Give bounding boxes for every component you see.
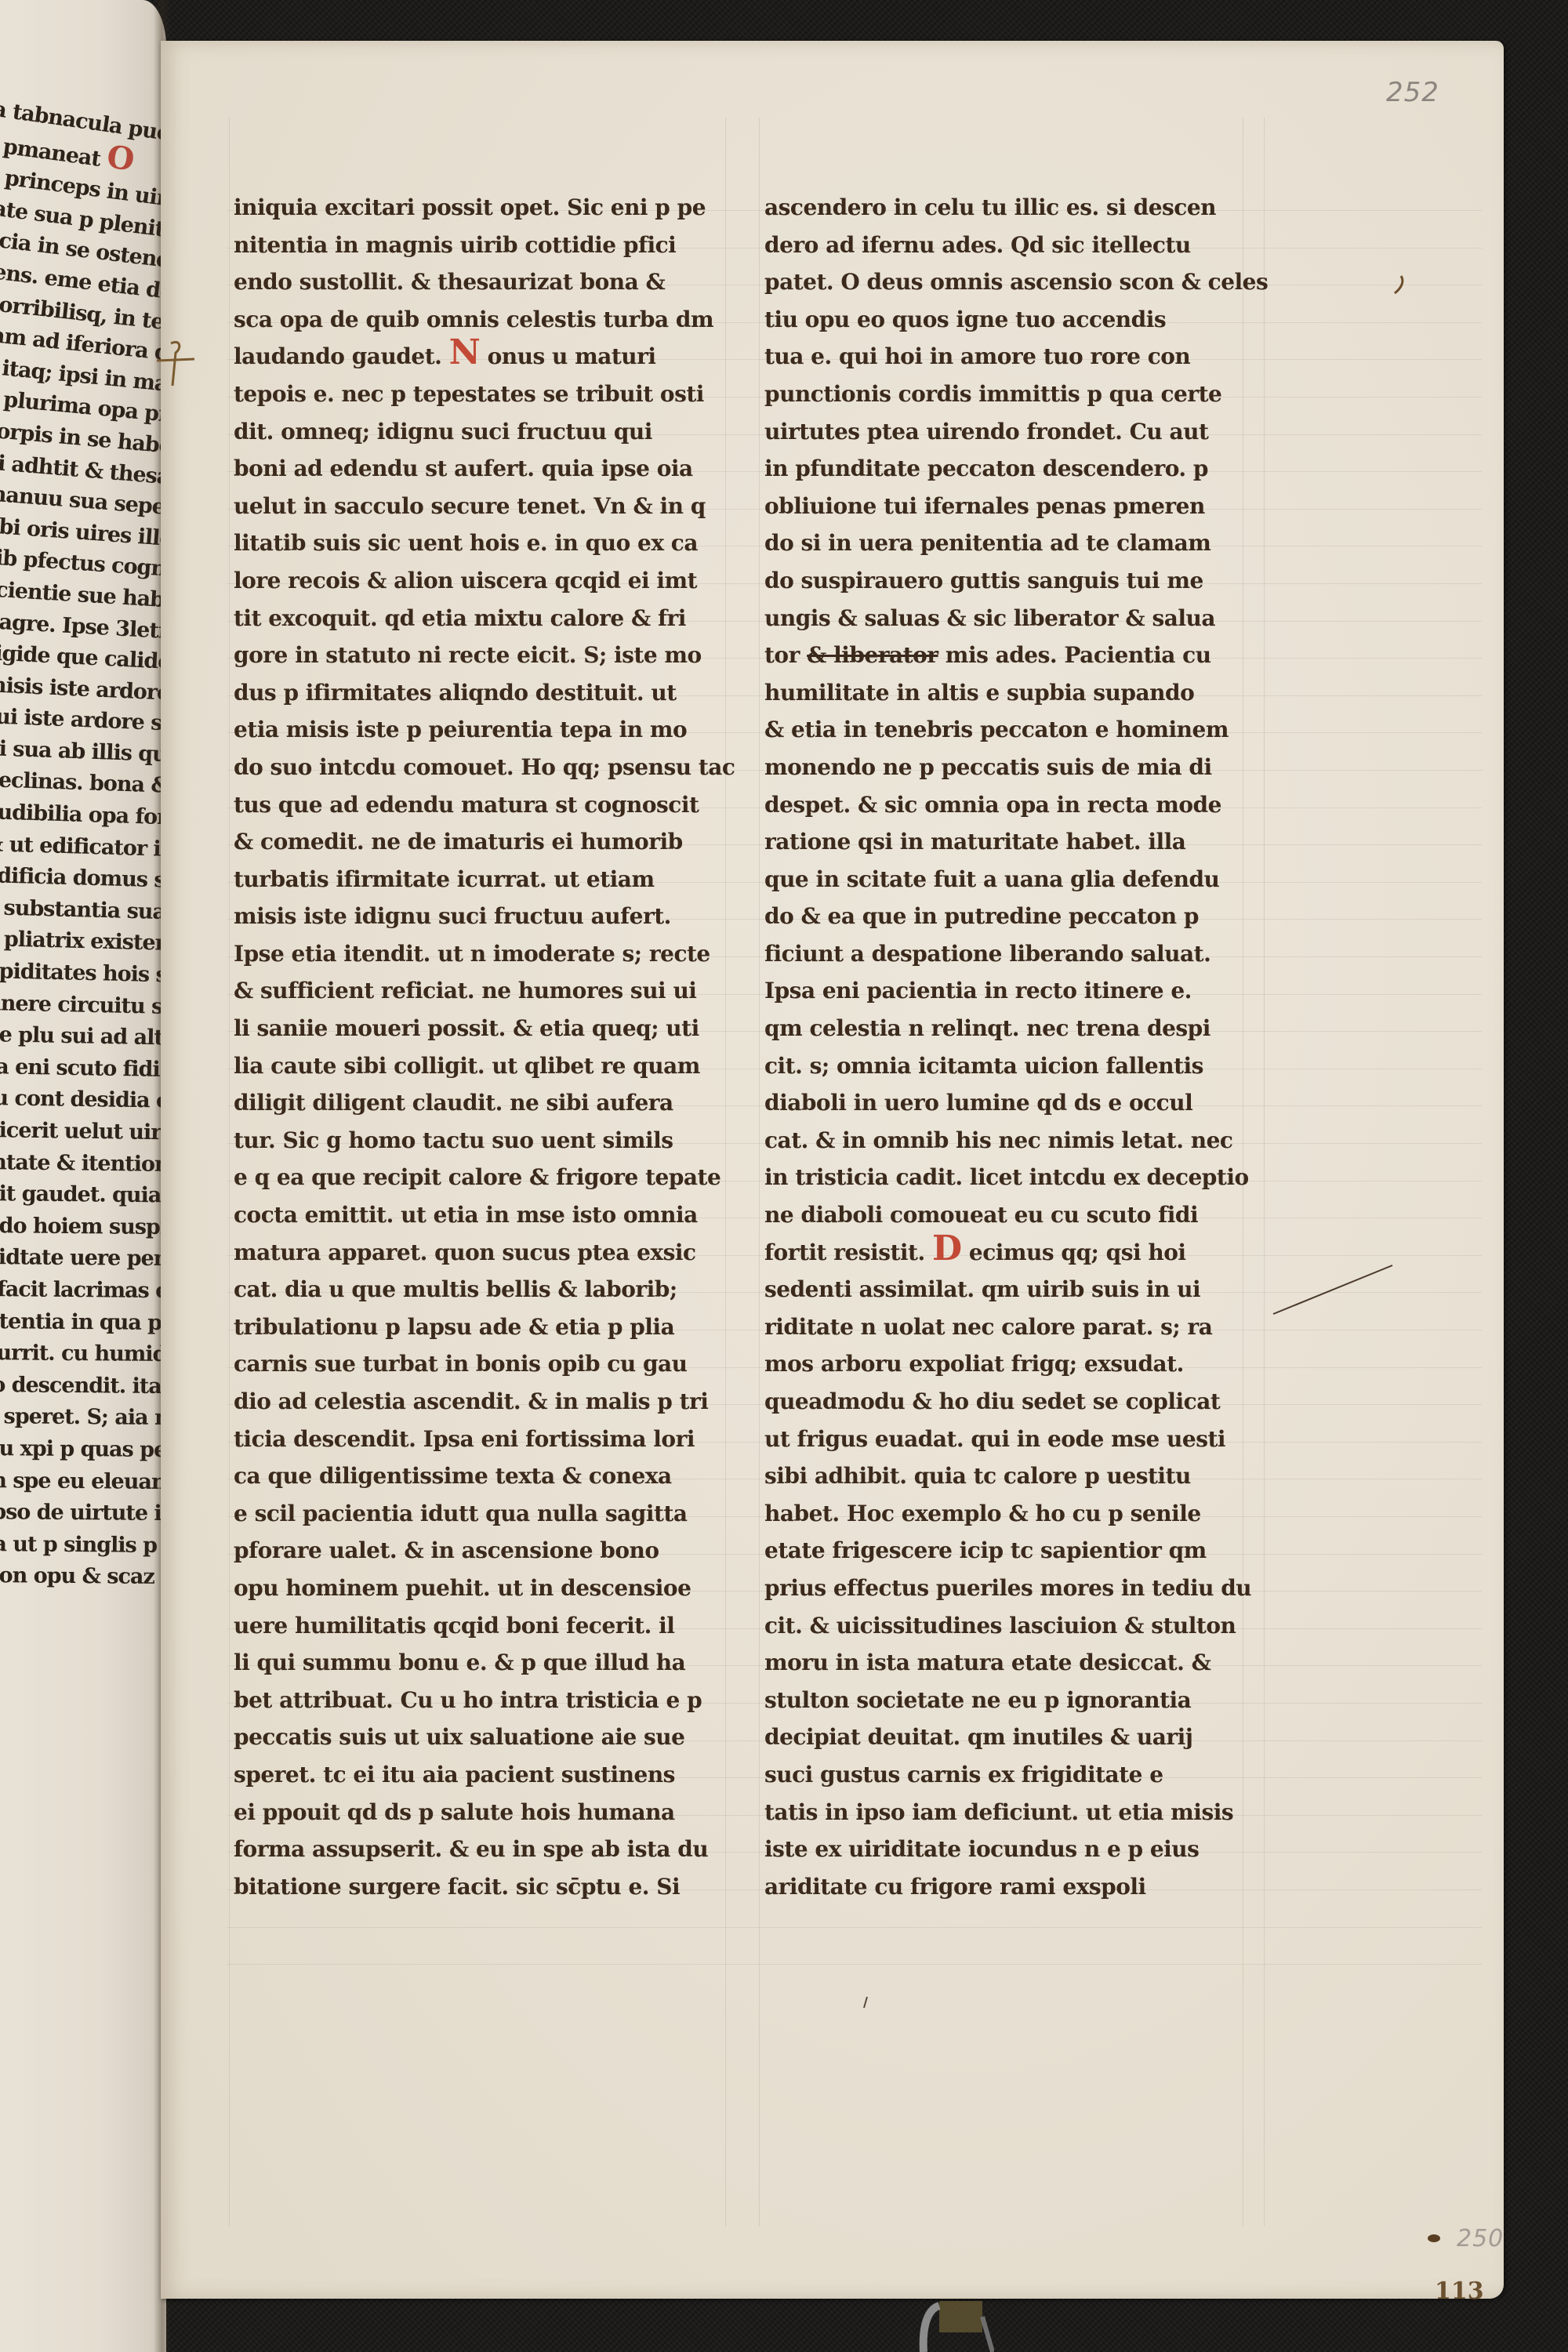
text-span: in pfunditate peccaton descendero. p [764,456,1208,481]
text-span: li qui summu bonu e. & p que illud ha [234,1650,685,1675]
text-span: ecimus qq; qsi hoi [962,1240,1186,1265]
text-span: ne diaboli comoueat eu cu scuto fidi [764,1202,1198,1228]
left-text-line: ndo hoiem suspirare fac [0,1210,166,1244]
left-text-line: a pliatrix existens. desid [0,924,166,960]
struck-text: & liberator [807,642,938,668]
rubric-initial: D [932,1229,962,1269]
text-line: iste ex uiriditate iocundus n e p eius [764,1831,1266,1868]
marginal-dot-icon [861,1995,870,2011]
text-span: uelut in sacculo secure tenet. Vn & in q [234,493,706,519]
text-span: ut frigus euadat. qui in eode mse uesti [764,1426,1225,1452]
text-line: endo sustollit. & thesaurizat bona & [234,263,720,301]
left-text-line: & ut edificator in potest [0,829,166,866]
text-line: bet attribuat. Cu u ho intra tristicia e… [234,1682,720,1719]
text-line: tiu opu eo quos igne tuo accendis [764,301,1266,339]
text-span: sedenti assimilat. qm uirib suis in ui [764,1276,1200,1302]
text-span: peccatis suis ut uix saluatione aie sue [234,1724,684,1750]
text-span: & etia in tenebris peccaton e hominem [764,717,1229,742]
left-text-line: utentia in qua plurime [0,1306,166,1340]
text-span: diaboli in uero lumine qd ds e occul [764,1090,1192,1116]
text-line: tus que ad edendu matura st cognoscit [234,786,720,824]
left-text-line: ne plu sui ad altissimi [0,1019,166,1054]
text-span: in tristicia cadit. licet intcdu ex dece… [764,1164,1249,1190]
text-line: li saniie moueri possit. & etia queq; ut… [234,1010,720,1047]
text-line: Ipse etia itendit. ut n imoderate s; rec… [234,935,720,973]
text-line: & sufficient reficiat. ne humores sui ui [234,972,720,1010]
text-line: suci gustus carnis ex frigiditate e [764,1756,1266,1794]
text-line: prius effectus pueriles mores in tediu d… [764,1570,1266,1607]
text-span: & sufficient reficiat. ne humores sui ui [234,978,696,1004]
text-span: despet. & sic omnia opa in recta mode [764,792,1221,818]
text-line: cit. & uicissitudines lasciuion & stulto… [764,1607,1266,1645]
text-span: Ipse etia itendit. ut n imoderate s; rec… [234,941,710,967]
text-line: misis iste idignu suci fructuu aufert. [234,898,720,935]
ruling-vertical-col-a-right [725,118,726,2227]
text-span: pforare ualet. & in ascensione bono [234,1537,659,1563]
text-span: e scil pacientia idutt qua nulla sagitta [234,1501,687,1526]
left-text-line: tu cont desidia carnal [0,1083,166,1117]
text-line: qm celestia n relinqt. nec trena despi [764,1010,1266,1047]
text-span: do suo intcdu comouet. Ho qq; psensu tac [234,754,735,780]
text-line: & etia in tenebris peccaton e hominem [764,711,1266,749]
text-line: do si in uera penitentia ad te clamam [764,524,1266,562]
text-span: diligit diligent claudit. ne sibi aufera [234,1090,673,1116]
text-line: ascendero in celu tu illic es. si descen [764,189,1266,227]
text-line: uirtutes ptea uirendo frondet. Cu aut [764,413,1266,451]
text-span: li saniie moueri possit. & etia queq; ut… [234,1015,699,1041]
text-span: uirtutes ptea uirendo frondet. Cu aut [764,419,1208,445]
text-span: opu hominem puehit. ut in descensioe [234,1575,691,1601]
text-span: tor & liberator mis ades. Pacientia cu [764,642,1211,668]
text-span: sibi adhibit. quia tc calore p uestitu [764,1463,1191,1489]
text-span: ratione qsi in maturitate habet. illa [764,829,1185,855]
left-text-line: uicerit uelut uir plu [0,1115,166,1149]
text-line: mos arboru expoliat frigq; exsudat. [764,1345,1266,1383]
text-line: dio ad celestia ascendit. & in malis p t… [234,1383,720,1421]
text-span: e q ea que recipit calore & frigore tepa… [234,1164,720,1190]
text-line: dus p ifirmitates aliqndo destituit. ut [234,674,720,712]
text-span: cit. s; omnia icitamta uicion fallentis [764,1053,1203,1079]
text-line: opu hominem puehit. ut in descensioe [234,1570,720,1607]
text-line: patet. O deus omnis ascensio scon & cele… [764,263,1266,301]
text-line: do suo intcdu comouet. Ho qq; psensu tac [234,749,720,786]
marginal-tick-icon [1392,274,1410,298]
left-text-line: non opu & scaz uirtuti [0,1560,166,1594]
text-span: queadmodu & ho diu sedet se coplicat [764,1388,1220,1414]
marginal-stroke-icon [1270,1262,1396,1317]
text-span: cat. & in omnib his nec nimis letat. nec [764,1127,1232,1153]
text-span: ungis & saluas & sic liberator & salua [764,605,1215,631]
text-span: habet. Hoc exemplo & ho cu p senile [764,1501,1201,1526]
text-span: iste ex uiriditate iocundus n e p eius [764,1836,1199,1862]
text-line: litatib suis sic uent hois e. in quo ex … [234,524,720,562]
text-span: turbatis ifirmitate icurrat. ut etiam [234,866,655,892]
text-line: tor & liberator mis ades. Pacientia cu [764,637,1266,674]
text-line: sedenti assimilat. qm uirib suis in ui [764,1271,1266,1308]
text-span: tiu opu eo quos igne tuo accendis [764,307,1166,332]
text-line: carnis sue turbat in bonis opib cu gau [234,1345,720,1383]
left-text-line: intate & itentione sua [0,1147,166,1181]
text-line: lore recois & alion uiscera qcqid ei imt [234,562,720,600]
text-line: cat. & in omnib his nec nimis letat. nec [764,1122,1266,1160]
text-line: uelut in sacculo secure tenet. Vn & in q [234,488,720,525]
folio-number-pencil-bottom: 250 [1457,2225,1504,2252]
text-span: do suspirauero guttis sanguis tui me [764,568,1203,593]
text-span: tur. Sic g homo tactu suo uent simils [234,1127,673,1153]
text-span: sca opa de quib omnis celestis turba dm [234,307,713,332]
text-span: que in scitate fuit a uana glia defendu [764,866,1219,892]
folio-number-pencil: 252 [1386,77,1439,108]
text-span: dit. omneq; idignu suci fructuu qui [234,419,652,445]
text-line: forma assupserit. & eu in spe ab ista du [234,1831,720,1868]
ruling-vertical-left [229,118,230,2227]
text-line: cat. dia u que multis bellis & laborib; [234,1271,720,1308]
left-text-line: hu xpi p quas peccata [0,1433,166,1467]
left-text-line: in spe eu eleuando. & ex [0,1465,166,1499]
text-line: ca que diligentissime texta & conexa [234,1457,720,1495]
text-line: li qui summu bonu e. & p que illud ha [234,1644,720,1682]
text-line: tit excoquit. qd etia mixtu calore & fri [234,600,720,637]
text-line: ungis & saluas & sic liberator & salua [764,600,1266,637]
text-line: tepois e. nec p tepestates se tribuit os… [234,376,720,413]
text-line: stulton societate ne eu p ignorantia [764,1682,1266,1719]
text-span: Ipsa eni pacientia in recto itinere e. [764,978,1192,1004]
text-span: laudando gaudet. [234,343,449,369]
left-text-line: e substantia sua sapien [0,892,166,929]
text-span: ascendero in celu tu illic es. si descen [764,194,1216,220]
text-span: dus p ifirmitates aliqndo destituit. ut [234,680,677,706]
left-page-text: ta tabnacula puerute pmaneat Od princeps… [0,93,166,1592]
text-span: cit. & uicissitudines lasciuion & stulto… [764,1613,1236,1639]
text-line: ei ppouit qd ds p salute hois humana [234,1794,720,1831]
text-span: bet attribuat. Cu u ho intra tristicia e… [234,1687,702,1713]
text-span: mos arboru expoliat frigq; exsudat. [764,1351,1184,1377]
text-span: carnis sue turbat in bonis opib cu gau [234,1351,688,1377]
text-line: & comedit. ne de imaturis ei humorib [234,823,720,861]
text-line: ne diaboli comoueat eu cu scuto fidi [764,1196,1266,1234]
text-span: punctionis cordis immittis p qua certe [764,381,1221,407]
text-line: boni ad edendu st aufert. quia ipse oia [234,450,720,488]
text-line: e scil pacientia idutt qua nulla sagitta [234,1495,720,1533]
text-line: fortit resistit. D ecimus qq; qsi hoi [764,1234,1266,1272]
cross-mark-icon [154,337,198,392]
text-span: tua e. qui hoi in amore tuo rore con [764,343,1190,369]
text-line: riditate n uolat nec calore parat. s; ra [764,1308,1266,1346]
text-line: iniquia excitari possit opet. Sic eni p … [234,189,720,227]
text-span: gore in statuto ni recte eicit. S; iste … [234,642,702,668]
text-line: que in scitate fuit a uana glia defendu [764,861,1266,898]
text-line: gore in statuto ni recte eicit. S; iste … [234,637,720,674]
text-span: bitatione surgere facit. sic sc̄ptu e. S… [234,1874,680,1900]
text-line: obliuione tui ifernales penas pmeren [764,488,1266,525]
left-text-line: upiditates hois supando [0,956,166,992]
text-span: monendo ne p peccatis suis de mia di [764,754,1212,780]
text-line: monendo ne p peccatis suis de mia di [764,749,1266,786]
text-column-b: ascendero in celu tu illic es. si descen… [764,189,1266,1905]
text-span: cat. dia u que multis bellis & laborib; [234,1276,677,1302]
text-line: tatis in ipso iam deficiunt. ut etia mis… [764,1794,1266,1831]
text-span: qm celestia n relinqt. nec trena despi [764,1015,1210,1041]
text-span: do & ea que in putredine peccaton p [764,903,1199,929]
text-line: humilitate in altis e supbia supando [764,674,1266,712]
ink-spot-icon [1425,2233,1443,2244]
text-span: speret. tc ei itu aia pacient sustinens [234,1762,675,1788]
text-span: ficiunt a despatione liberando saluat. [764,941,1210,967]
left-text-line: efacit lacrimas effunde [0,1274,166,1308]
text-line: tur. Sic g homo tactu suo uent simils [234,1122,720,1160]
left-text-line: uit gaudet. quia in calo [0,1178,166,1212]
left-text-line: lo descendit. ita ut uix [0,1370,166,1403]
text-line: in tristicia cadit. licet intcdu ex dece… [764,1159,1266,1196]
text-line: cit. s; omnia icitamta uicion fallentis [764,1047,1266,1085]
text-span: boni ad edendu st aufert. quia ipse oia [234,456,693,481]
book-clamp-icon [908,2301,994,2352]
text-span: misis iste idignu suci fructuu aufert. [234,903,671,929]
text-span: forma assupserit. & eu in spe ab ista du [234,1836,708,1862]
text-span: matura apparet. quon sucus ptea exsic [234,1240,696,1265]
text-span: ei ppouit qd ds p salute hois humana [234,1799,675,1825]
text-span: onus u maturi [480,343,655,369]
text-span: tatis in ipso iam deficiunt. ut etia mis… [764,1799,1233,1825]
text-line: cocta emittit. ut etia in mse isto omnia [234,1196,720,1234]
text-line: peccatis suis ut uix saluatione aie sue [234,1719,720,1756]
left-text-line: audibilia opa fortit [0,797,166,834]
text-span: lore recois & alion uiscera qcqid ei imt [234,568,697,593]
left-text-line: sa eni scuto fidi & om [0,1051,166,1087]
text-line: nitentia in magnis uirib cottidie pfici [234,227,720,264]
text-line: sibi adhibit. quia tc calore p uestitu [764,1457,1266,1495]
text-span: tepois e. nec p tepestates se tribuit os… [234,381,704,407]
text-line: dit. omneq; idignu suci fructuu qui [234,413,720,451]
text-span: litatib suis sic uent hois e. in quo ex … [234,530,698,556]
text-line: do suspirauero guttis sanguis tui me [764,562,1266,600]
text-span: endo sustollit. & thesaurizat bona & [234,269,665,295]
rubric-initial: N [449,332,481,372]
left-text-line: ta ut p singlis p ea [0,1529,166,1563]
text-line: lia caute sibi colligit. ut qlibet re qu… [234,1047,720,1085]
left-text-line: e speret. S; aia mox [0,1401,166,1435]
text-span: dio ad celestia ascendit. & in malis p t… [234,1388,708,1414]
text-line: etate frigescere icip tc sapientior qm [764,1532,1266,1570]
left-text-line: gidtate uere penitentie [0,1242,166,1276]
ruling-line [227,1927,1482,1928]
text-line: moru in ista matura etate desiccat. & [764,1644,1266,1682]
left-text-line: ipso de uirtute in uirtute [0,1497,166,1530]
text-span: suci gustus carnis ex frigiditate e [764,1762,1163,1788]
text-span: ticia descendit. Ipsa eni fortissima lor… [234,1426,695,1452]
text-span: cocta emittit. ut etia in mse isto omnia [234,1202,698,1228]
text-span: uere humilitatis qcqid boni fecerit. il [234,1613,674,1639]
text-line: ut frigus euadat. qui in eode mse uesti [764,1421,1266,1458]
text-line: uere humilitatis qcqid boni fecerit. il [234,1607,720,1645]
text-line: ficiunt a despatione liberando saluat. [764,935,1266,973]
text-span: prius effectus pueriles mores in tediu d… [764,1575,1251,1601]
text-span: obliuione tui ifernales penas pmeren [764,493,1205,519]
text-line: speret. tc ei itu aia pacient sustinens [234,1756,720,1794]
shelf-number-ink: 113 [1435,2278,1484,2305]
text-span: ca que diligentissime texta & conexa [234,1463,672,1489]
text-span: riditate n uolat nec calore parat. s; ra [764,1314,1212,1340]
ruling-vertical-col-b-left [759,118,760,2227]
text-span: fortit resistit. [764,1240,932,1265]
text-span: stulton societate ne eu p ignorantia [764,1687,1191,1713]
text-line: Ipsa eni pacientia in recto itinere e. [764,972,1266,1010]
text-span: moru in ista matura etate desiccat. & [764,1650,1210,1675]
text-line: dero ad ifernu ades. Qd sic itellectu [764,227,1266,264]
text-line: ticia descendit. Ipsa eni fortissima lor… [234,1421,720,1458]
text-span: tribulationu p lapsu ade & etia p plia [234,1314,674,1340]
text-line: queadmodu & ho diu sedet se coplicat [764,1383,1266,1421]
text-span: patet. O deus omnis ascensio scon & cele… [764,269,1268,295]
text-column-a: iniquia excitari possit opet. Sic eni p … [234,189,720,1905]
text-span: & comedit. ne de imaturis ei humorib [234,829,683,855]
text-span: decipiat deuitat. qm inutiles & uarij [764,1724,1192,1750]
text-line: habet. Hoc exemplo & ho cu p senile [764,1495,1266,1533]
left-text-line: tinere circuitu sui co [0,988,166,1024]
text-span: iniquia excitari possit opet. Sic eni p … [234,194,706,220]
text-line: e q ea que recipit calore & frigore tepa… [234,1159,720,1196]
text-line: decipiat deuitat. qm inutiles & uarij [764,1719,1266,1756]
ruling-line [227,1964,1482,1965]
text-line: diaboli in uero lumine qd ds e occul [764,1084,1266,1122]
text-span: dero ad ifernu ades. Qd sic itellectu [764,232,1191,258]
left-text-line: edificia domus sue str [0,860,166,897]
text-span: etate frigescere icip tc sapientior qm [764,1537,1207,1563]
text-line: diligit diligent claudit. ne sibi aufera [234,1084,720,1122]
text-line: laudando gaudet. N onus u maturi [234,338,720,376]
text-span: do si in uera penitentia ad te clamam [764,530,1210,556]
rubric-initial-left: O [105,138,136,178]
text-line: do & ea que in putredine peccaton p [764,898,1266,935]
text-span: lia caute sibi colligit. ut qlibet re qu… [234,1053,700,1079]
text-span: nitentia in magnis uirib cottidie pfici [234,232,676,258]
text-line: tribulationu p lapsu ade & etia p plia [234,1308,720,1346]
text-line: matura apparet. quon sucus ptea exsic [234,1234,720,1272]
text-line: tua e. qui hoi in amore tuo rore con [764,338,1266,376]
left-text-line: currit. cu humiditate [0,1338,166,1371]
text-line: turbatis ifirmitate icurrat. ut etiam [234,861,720,898]
text-line: pforare ualet. & in ascensione bono [234,1532,720,1570]
text-line: etia misis iste p peiurentia tepa in mo [234,711,720,749]
text-span: humilitate in altis e supbia supando [764,680,1194,706]
text-line: punctionis cordis immittis p qua certe [764,376,1266,413]
text-line: in pfunditate peccaton descendero. p [764,450,1266,488]
text-span: etia misis iste p peiurentia tepa in mo [234,717,687,742]
text-span: tit excoquit. qd etia mixtu calore & fri [234,605,686,631]
text-line: ariditate cu frigore rami exspoli [764,1868,1266,1906]
text-line: despet. & sic omnia opa in recta mode [764,786,1266,824]
left-page-fragment: ta tabnacula puerute pmaneat Od princeps… [0,0,166,2352]
text-line: ratione qsi in maturitate habet. illa [764,823,1266,861]
text-span: ariditate cu frigore rami exspoli [764,1874,1146,1900]
text-line: bitatione surgere facit. sic sc̄ptu e. S… [234,1868,720,1906]
text-span: tus que ad edendu matura st cognoscit [234,792,699,818]
